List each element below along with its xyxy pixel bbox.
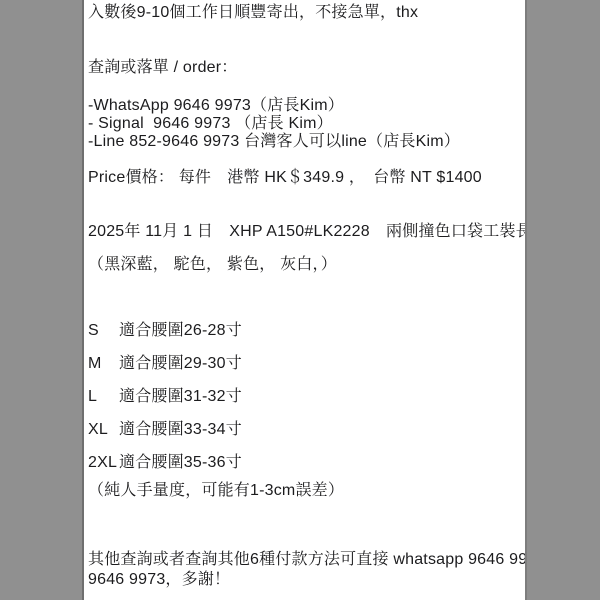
order-heading: 查詢或落單 / order： bbox=[88, 59, 525, 77]
size-fit: 適合腰圍33-34寸 bbox=[119, 421, 242, 439]
size-fit: 適合腰圍35-36寸 bbox=[119, 454, 242, 472]
screenshot-canvas: 入數後9-10個工作日順豐寄出，不接急單，thx 查詢或落單 / order： … bbox=[0, 0, 600, 600]
price-line: Price價格： 每件 港幣 HK＄349.9 ， 台幣 NT $1400 bbox=[88, 169, 525, 187]
size-label: L bbox=[88, 388, 119, 406]
size-row-m: M 適合腰圍29-30寸 bbox=[88, 355, 525, 373]
size-fit: 適合腰圍29-30寸 bbox=[119, 355, 242, 373]
size-label: M bbox=[88, 355, 119, 373]
size-fit: 適合腰圍31-32寸 bbox=[119, 388, 242, 406]
footer-text-line2: 9646 9973，多謝！ bbox=[88, 571, 525, 589]
size-row-xl: XL 適合腰圍33-34寸 bbox=[88, 421, 525, 439]
document-page: 入數後9-10個工作日順豐寄出，不接急單，thx 查詢或落單 / order： … bbox=[82, 0, 527, 600]
size-label: S bbox=[88, 322, 119, 340]
measurement-note: （純人手量度，可能有1-3cm誤差） bbox=[88, 482, 525, 500]
left-gray-margin bbox=[0, 0, 82, 600]
right-gray-margin bbox=[527, 0, 600, 600]
shipping-note: 入數後9-10個工作日順豐寄出，不接急單，thx bbox=[88, 4, 525, 22]
size-row-2xl: 2XL 適合腰圍35-36寸 bbox=[88, 454, 525, 472]
color-options: （黑深藍， 駝色， 紫色， 灰白，） bbox=[88, 256, 525, 274]
product-title: 2025年 11月 1 日 XHP A150#LK2228 兩側撞色口袋工裝長褲 bbox=[88, 223, 525, 241]
contact-line: -Line 852-9646 9973 台灣客人可以line（店長Kim） bbox=[88, 133, 525, 151]
contact-whatsapp: -WhatsApp 9646 9973（店長Kim） bbox=[88, 97, 525, 115]
size-label: XL bbox=[88, 421, 119, 439]
size-row-s: S 適合腰圍26-28寸 bbox=[88, 322, 525, 340]
size-row-l: L 適合腰圍31-32寸 bbox=[88, 388, 525, 406]
footer-text-line1: 其他查詢或者查詢其他6種付款方法可直接 whatsapp 9646 9973 /… bbox=[88, 551, 525, 569]
size-label: 2XL bbox=[88, 454, 119, 472]
size-fit: 適合腰圍26-28寸 bbox=[119, 322, 242, 340]
contact-signal: - Signal 9646 9973 （店長 Kim） bbox=[88, 115, 525, 133]
